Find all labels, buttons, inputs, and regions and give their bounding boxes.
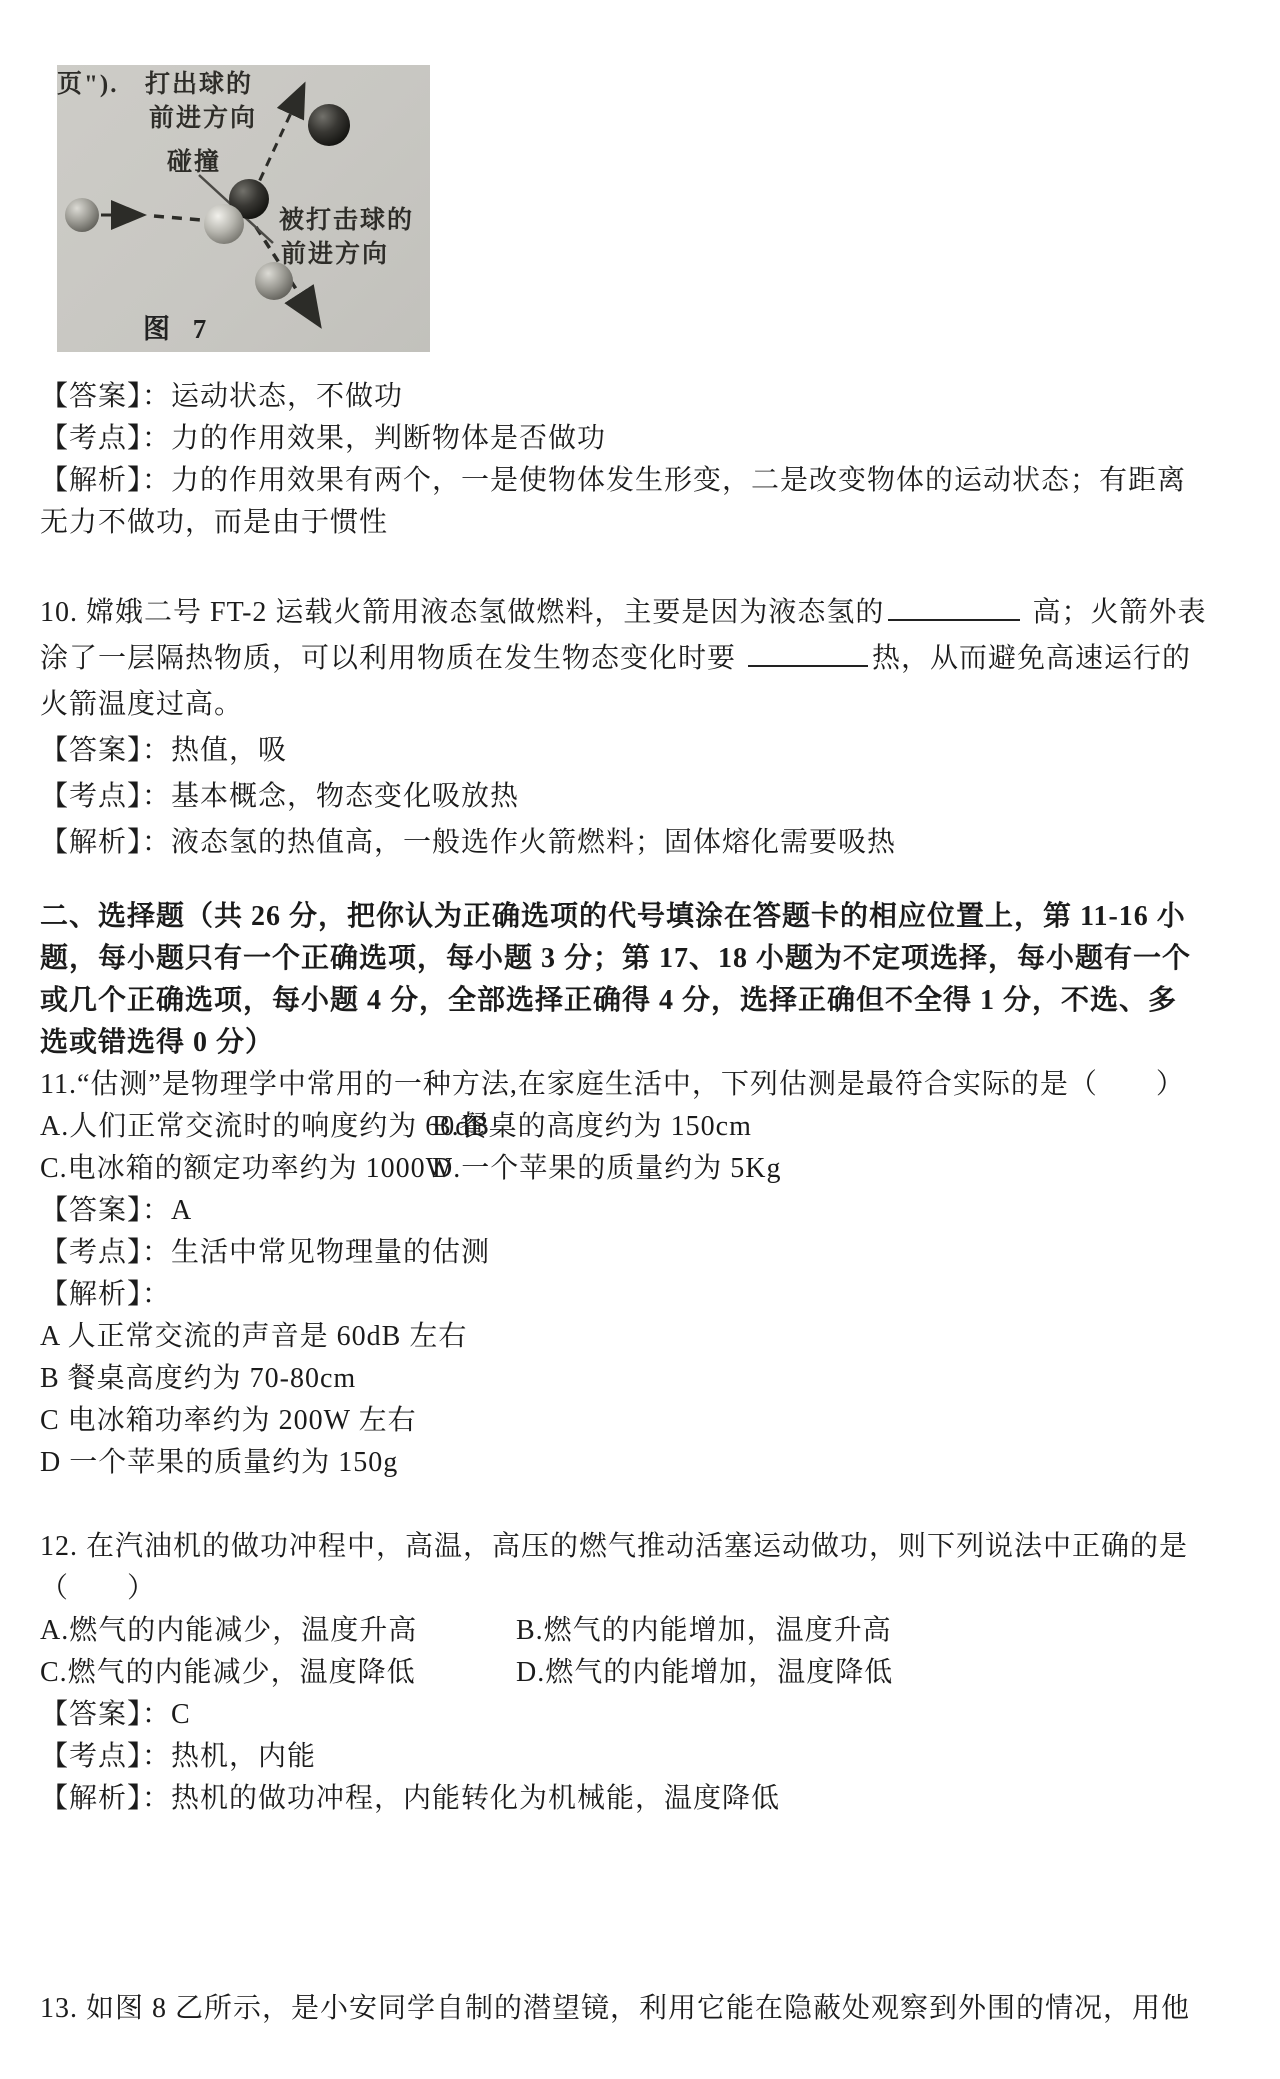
- exam-page: 页"). 打出球的 前进方向 碰撞 被打击球的 前进方向 图 7 【答案】：运动…: [0, 65, 1280, 2030]
- q12-options-row2: C.燃气的内能减少，温度降低 D.燃气的内能增加，温度降低: [40, 1652, 1280, 1694]
- struck-ball-label-line1: 被打击球的: [279, 207, 414, 236]
- q11-answer: 【答案】：A: [40, 1190, 1280, 1232]
- section2-line1: 二、选择题（共 26 分，把你认为正确选项的代号填涂在答题卡的相应位置上，第 1…: [40, 896, 1280, 938]
- struck-ball-label-line2: 前进方向: [281, 241, 389, 270]
- q10-stem-2a: 涂了一层隔热物质，可以利用物质在发生物态变化时要: [40, 643, 744, 674]
- q12-options-row1: A.燃气的内能减少，温度升高 B.燃气的内能增加，温度升高: [40, 1610, 1280, 1652]
- q11-options-row2: C.电冰箱的额定功率约为 1000W D.一个苹果的质量约为 5Kg: [40, 1148, 1280, 1190]
- cue-ball: [65, 198, 99, 232]
- q12-option-d: D.燃气的内能增加，温度降低: [516, 1652, 893, 1694]
- q11-stem: 11.“估测”是物理学中常用的一种方法,在家庭生活中，下列估测是最符合实际的是（…: [40, 1064, 1280, 1106]
- q10-block: 10. 嫦娥二号 FT-2 运载火箭用液态氢做燃料，主要是因为液态氢的 高；火箭…: [0, 590, 1280, 866]
- figure-caption: 图 7: [143, 307, 214, 346]
- q10-stem-1a: 10. 嫦娥二号 FT-2 运载火箭用液态氢做燃料，主要是因为液态氢的: [40, 597, 884, 628]
- q11-block: 11.“估测”是物理学中常用的一种方法,在家庭生活中，下列估测是最符合实际的是（…: [0, 1064, 1280, 1484]
- q11-option-b: B.餐桌的高度约为 150cm: [432, 1106, 752, 1148]
- q11-analysis-d: D 一个苹果的质量约为 150g: [40, 1442, 1280, 1484]
- q11-option-d: D.一个苹果的质量约为 5Kg: [432, 1148, 781, 1190]
- hit-ball-final: [308, 104, 350, 146]
- q13-block: 13. 如图 8 乙所示，是小安同学自制的潜望镜，利用它能在隐蔽处观察到外围的情…: [0, 1988, 1280, 2030]
- q10-stem-2b: 热，从而避免高速运行的: [872, 643, 1191, 674]
- q12-block: 12. 在汽油机的做功冲程中，高温，高压的燃气推动活塞运动做功，则下列说法中正确…: [0, 1526, 1280, 1820]
- section2-line4: 选或错选得 0 分）: [40, 1022, 1280, 1064]
- q10-stem-line2: 涂了一层隔热物质，可以利用物质在发生物态变化时要 热，从而避免高速运行的: [40, 636, 1280, 682]
- q11-analysis-a: A 人正常交流的声音是 60dB 左右: [40, 1316, 1280, 1358]
- q9-analysis-line1: 【解析】：力的作用效果有两个，一是使物体发生形变，二是改变物体的运动状态；有距离: [40, 460, 1280, 502]
- q10-points: 【考点】：基本概念，物态变化吸放热: [40, 774, 1280, 820]
- q10-stem-1b: 高；火箭外表: [1032, 597, 1206, 628]
- q13-stem: 13. 如图 8 乙所示，是小安同学自制的潜望镜，利用它能在隐蔽处观察到外围的情…: [40, 1988, 1280, 2030]
- figure-corner-text: 页").: [57, 71, 118, 100]
- q11-points: 【考点】：生活中常见物理量的估测: [40, 1232, 1280, 1274]
- q12-option-b: B.燃气的内能增加，温度升高: [516, 1610, 892, 1652]
- q12-analysis: 【解析】：热机的做功冲程，内能转化为机械能，温度降低: [40, 1778, 1280, 1820]
- q11-analysis-head: 【解析】：: [40, 1274, 1280, 1316]
- q9-answer: 【答案】：运动状态，不做功: [40, 376, 1280, 418]
- q10-stem-line1: 10. 嫦娥二号 FT-2 运载火箭用液态氢做燃料，主要是因为液态氢的 高；火箭…: [40, 590, 1280, 636]
- hit-ball-path: [253, 87, 303, 195]
- q12-points: 【考点】：热机，内能: [40, 1736, 1280, 1778]
- q10-stem-line3: 火箭温度过高。: [40, 682, 1280, 728]
- cue-ball-at-collision: [204, 204, 244, 244]
- q12-stem-line2: （ ）: [40, 1568, 1280, 1610]
- q11-options-row1: A.人们正常交流时的响度约为 60dB B.餐桌的高度约为 150cm: [40, 1106, 1280, 1148]
- q9-analysis-line2: 无力不做功，而是由于惯性: [40, 502, 1280, 544]
- hit-ball-label-line2: 前进方向: [149, 105, 257, 134]
- section2-line3: 或几个正确选项，每小题 4 分，全部选择正确得 4 分，选择正确但不全得 1 分…: [40, 980, 1280, 1022]
- collision-figure: 页"). 打出球的 前进方向 碰撞 被打击球的 前进方向 图 7: [57, 65, 430, 352]
- q11-option-c: C.电冰箱的额定功率约为 1000W: [40, 1148, 432, 1190]
- collision-label: 碰撞: [167, 149, 221, 178]
- q12-stem-line1: 12. 在汽油机的做功冲程中，高温，高压的燃气推动活塞运动做功，则下列说法中正确…: [40, 1526, 1280, 1568]
- fill-in-blank-2: [748, 637, 868, 667]
- q12-option-a: A.燃气的内能减少，温度升高: [40, 1610, 516, 1652]
- q11-analysis-b: B 餐桌高度约为 70-80cm: [40, 1358, 1280, 1400]
- section2-header: 二、选择题（共 26 分，把你认为正确选项的代号填涂在答题卡的相应位置上，第 1…: [0, 896, 1280, 1064]
- hit-ball-label-line1: 打出球的: [145, 71, 253, 100]
- q12-option-c: C.燃气的内能减少，温度降低: [40, 1652, 516, 1694]
- q10-analysis: 【解析】：液态氢的热值高，一般选作火箭燃料；固体熔化需要吸热: [40, 820, 1280, 866]
- q11-option-a: A.人们正常交流时的响度约为 60dB: [40, 1106, 432, 1148]
- q12-answer: 【答案】：C: [40, 1694, 1280, 1736]
- section2-line2: 题，每小题只有一个正确选项，每小题 3 分；第 17、18 小题为不定项选择，每…: [40, 938, 1280, 980]
- q9-answer-block: 【答案】：运动状态，不做功 【考点】：力的作用效果，判断物体是否做功 【解析】：…: [0, 376, 1280, 544]
- fill-in-blank-1: [888, 591, 1020, 621]
- q9-points: 【考点】：力的作用效果，判断物体是否做功: [40, 418, 1280, 460]
- q10-answer: 【答案】：热值，吸: [40, 728, 1280, 774]
- q11-analysis-c: C 电冰箱功率约为 200W 左右: [40, 1400, 1280, 1442]
